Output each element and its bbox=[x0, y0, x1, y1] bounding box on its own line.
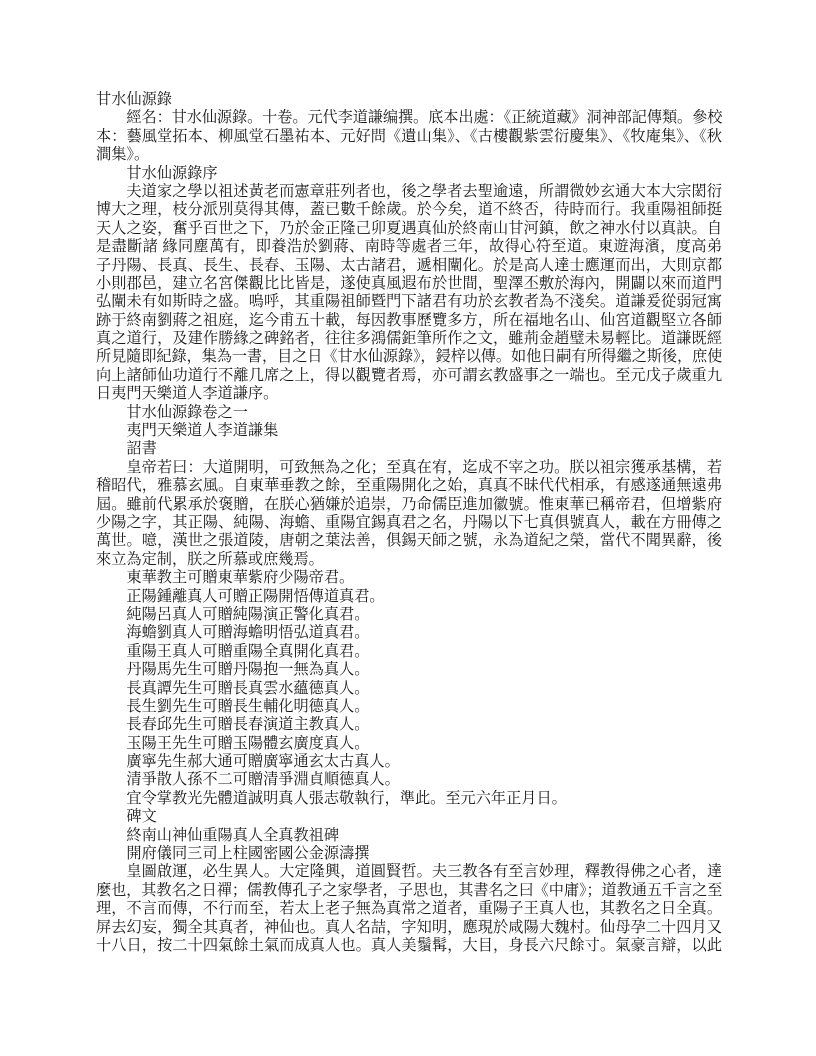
text-line: 少陽之字，其正陽、純陽、海蟾、重陽宜錫真君之名，丹陽以下七真俱號真人，載在方冊傳… bbox=[96, 514, 722, 532]
text-line: 甘水仙源錄序 bbox=[96, 165, 722, 183]
text-line: 子丹陽、長真、長生、長春、玉陽、太古諸君，遞相闡化。於是高人達士應運而出，大則京… bbox=[96, 257, 722, 275]
text-line: 屏去幻妄，獨全其真者，神仙也。真人名喆，字知明，應現於咸陽大魏村。仙母孕二十四月… bbox=[96, 919, 722, 937]
text-line: 屆。雖前代累承於褒贈，在朕心猶嫌於追崇，乃命儒臣進加徽號。惟東華已稱帝君，但增紫… bbox=[96, 496, 722, 514]
text-line: 玉陽王先生可贈玉陽體玄廣度真人。 bbox=[96, 735, 722, 753]
text-line: 丹陽馬先生可贈丹陽抱一無為真人。 bbox=[96, 661, 722, 679]
text-line: 稽昭代，雅慕玄風。自東華垂教之餘，至重陽開化之始，真真不昧代代相承，有感遂通無遠… bbox=[96, 477, 722, 495]
text-line: 皇帝若曰：大道開明，可致無為之化；至真在宥，迄成不宰之功。朕以祖宗獲承基構，若 bbox=[96, 459, 722, 477]
text-line: 經名：甘水仙源錄。十卷。元代李道謙编撰。底本出處：《正統道藏》洞神部記傳類。參校 bbox=[96, 109, 722, 127]
text-line: 清爭散人孫不二可贈清爭淵貞順德真人。 bbox=[96, 771, 722, 789]
text-line: 重陽王真人可贈重陽全真開化真君。 bbox=[96, 643, 722, 661]
text-line: 皇圖啟運，必生異人。大定隆興，道圓賢哲。夫三教各有至言妙理，釋教得佛之心者，達 bbox=[96, 863, 722, 881]
text-line: 純陽呂真人可贈純陽演正警化真君。 bbox=[96, 606, 722, 624]
text-line: 來立為定制，朕之所慕或庶幾焉。 bbox=[96, 551, 722, 569]
text-line: 長生劉先生可贈長生輔化明德真人。 bbox=[96, 698, 722, 716]
text-line: 海蟾劉真人可贈海蟾明悟弘道真君。 bbox=[96, 624, 722, 642]
text-line: 長真譚先生可贈長真雲水蘊德真人。 bbox=[96, 680, 722, 698]
text-line: 廣寧先生郝大通可贈廣寧通玄太古真人。 bbox=[96, 753, 722, 771]
text-line: 東華教主可贈東華紫府少陽帝君。 bbox=[96, 569, 722, 587]
text-line: 碑文 bbox=[96, 808, 722, 826]
text-line: 麼也，其教名之日禪；儒教傳孔子之家學者，子思也，其書名之曰《中庸》；道教通五千言… bbox=[96, 882, 722, 900]
text-line: 終南山神仙重陽真人全真教祖碑 bbox=[96, 827, 722, 845]
text-line: 甘水仙源錄卷之一 bbox=[96, 404, 722, 422]
text-line: 十八日，按二十四氣餘土氣而成真人也。真人美鬚髯，大目，身長六尺餘寸。氣豪言辯，以… bbox=[96, 937, 722, 955]
text-line: 是盡斷諸 緣同塵萬有，即養浩於劉蔣、南時等處者三年，故得心符至道。東遊海濱，度高… bbox=[96, 238, 722, 256]
text-line: 萬世。噫，漢世之張道陵，唐朝之葉法善，俱錫天師之號，永為道紀之榮，當代不聞異辭，… bbox=[96, 532, 722, 550]
text-line: 弘闡未有如斯時之盛。嗚呼，其重陽祖師暨門下諸君有功於玄教者為不淺矣。道謙爰從弱冠… bbox=[96, 293, 722, 311]
text-line: 開府儀同三司上柱國密國公金源濤撰 bbox=[96, 845, 722, 863]
text-line: 理，不言而傳，不行而至，若太上老子無為真常之道者，重陽子王真人也，其教名之日全真… bbox=[96, 900, 722, 918]
text-line: 向上諸師仙功道行不離几席之上，得以觀覽者焉，亦可謂玄教盛事之一端也。至元戊子歲重… bbox=[96, 367, 722, 385]
text-line: 天人之姿，奮乎百世之下，乃於金正隆己卯夏遇真仙於終南山甘河鎮，飲之神水付以真訣。… bbox=[96, 220, 722, 238]
text-line: 甘水仙源錄 bbox=[96, 91, 722, 109]
text-line: 澗集》。 bbox=[96, 146, 722, 164]
text-line: 正陽鍾離真人可贈正陽開悟傳道真君。 bbox=[96, 588, 722, 606]
text-line: 日夷門天樂道人李道謙序。 bbox=[96, 385, 722, 403]
text-line: 本：藝風堂拓本、柳風堂石墨祐本、元好問《遺山集》、《古樓觀紫雲衍慶集》、《牧庵集… bbox=[96, 128, 722, 146]
text-line: 所見隨即紀錄，集為一書，目之日《甘水仙源錄》，鋟梓以傳。如他日嗣有所得繼之斯後，… bbox=[96, 348, 722, 366]
text-line: 跡于終南劉蔣之祖庭，迄今甫五十載，每因教事歷覽多方，所在福地名山、仙宮道觀堅立各… bbox=[96, 312, 722, 330]
text-line: 長春邱先生可贈長春演道主教真人。 bbox=[96, 716, 722, 734]
text-line: 宜令掌教光先體道誠明真人張志敬執行，準此。至元六年正月日。 bbox=[96, 790, 722, 808]
text-line: 夷門天樂道人李道謙集 bbox=[96, 422, 722, 440]
text-line: 博大之理，枝分派別莫得其傳，蓋已數千餘歲。於今矣，道不終否，待時而行。我重陽祖師… bbox=[96, 201, 722, 219]
text-line: 小則郡邑，建立名宮傑觀比比皆是，遂使真風遐布於世間，聖澤丕敷於海內，開闢以來而道… bbox=[96, 275, 722, 293]
text-line: 夫道家之學以祖述黃老而憲章莊列者也，後之學者去聖逾遠，所謂微妙玄通大本大宗閎衍 bbox=[96, 183, 722, 201]
text-line: 詔書 bbox=[96, 440, 722, 458]
document-text-block: 甘水仙源錄經名：甘水仙源錄。十卷。元代李道謙编撰。底本出處：《正統道藏》洞神部記… bbox=[96, 91, 722, 955]
document-page: 甘水仙源錄經名：甘水仙源錄。十卷。元代李道謙编撰。底本出處：《正統道藏》洞神部記… bbox=[0, 0, 816, 1056]
text-line: 真之道行，及建作勝緣之碑銘者，往往多鴻儒鉅筆所作之文，雖荊金趙璧未易輕比。道謙既… bbox=[96, 330, 722, 348]
